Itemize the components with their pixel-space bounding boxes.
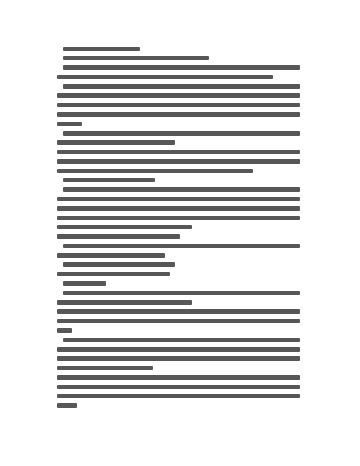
redacted-text [57,328,72,333]
text-line [57,316,302,325]
text-line [57,326,302,335]
redacted-text [57,112,300,117]
text-line [57,307,302,316]
redacted-text [57,159,300,164]
text-line [57,401,302,410]
document-page [0,0,360,466]
redacted-text [57,366,153,371]
text-line [57,147,302,156]
text-line [57,44,302,53]
text-line [57,222,302,231]
text-line [57,138,302,147]
redacted-text [63,131,300,136]
redacted-text [57,309,300,314]
text-line [57,354,302,363]
redacted-text [57,206,300,211]
text-line [57,298,302,307]
redacted-text [57,140,175,145]
redacted-text [63,338,300,343]
text-line [57,363,302,372]
text-line [57,119,302,128]
redacted-text [57,234,180,239]
redacted-text [57,253,165,258]
text-line [57,288,302,297]
redacted-text [63,291,300,296]
text-line [57,166,302,175]
text-line [57,72,302,81]
text-line [57,82,302,91]
text-line [57,53,302,62]
text-line [57,279,302,288]
redacted-text [57,197,300,202]
text-line [57,194,302,203]
redacted-text [57,319,300,324]
redacted-text [57,347,300,352]
redacted-text [57,150,300,155]
text-line [57,373,302,382]
redacted-text [57,122,82,127]
redacted-text [57,225,192,230]
text-line [57,260,302,269]
body-text [57,44,302,410]
redacted-text [63,84,300,89]
redacted-text [63,47,140,52]
text-line [57,185,302,194]
redacted-text [57,103,300,108]
text-line [57,345,302,354]
redacted-text [57,300,192,305]
redacted-text [57,394,300,399]
text-line [57,175,302,184]
text-line [57,129,302,138]
text-line [57,100,302,109]
redacted-text [57,403,77,408]
redacted-text [63,56,209,61]
redacted-text [57,356,300,361]
text-line [57,204,302,213]
text-line [57,269,302,278]
redacted-text [63,178,155,183]
redacted-text [63,262,175,267]
redacted-text [63,244,300,249]
redacted-text [63,65,300,70]
text-line [57,241,302,250]
redacted-text [63,187,300,192]
text-line [57,335,302,344]
redacted-text [57,93,300,98]
text-line [57,213,302,222]
text-line [57,91,302,100]
redacted-text [57,216,300,221]
text-line [57,110,302,119]
text-line [57,63,302,72]
redacted-text [57,272,170,277]
redacted-text [57,375,300,380]
redacted-text [63,281,106,286]
redacted-text [57,75,273,80]
text-line [57,391,302,400]
text-line [57,382,302,391]
redacted-text [57,169,253,174]
text-line [57,157,302,166]
text-line [57,232,302,241]
text-line [57,251,302,260]
redacted-text [57,385,300,390]
